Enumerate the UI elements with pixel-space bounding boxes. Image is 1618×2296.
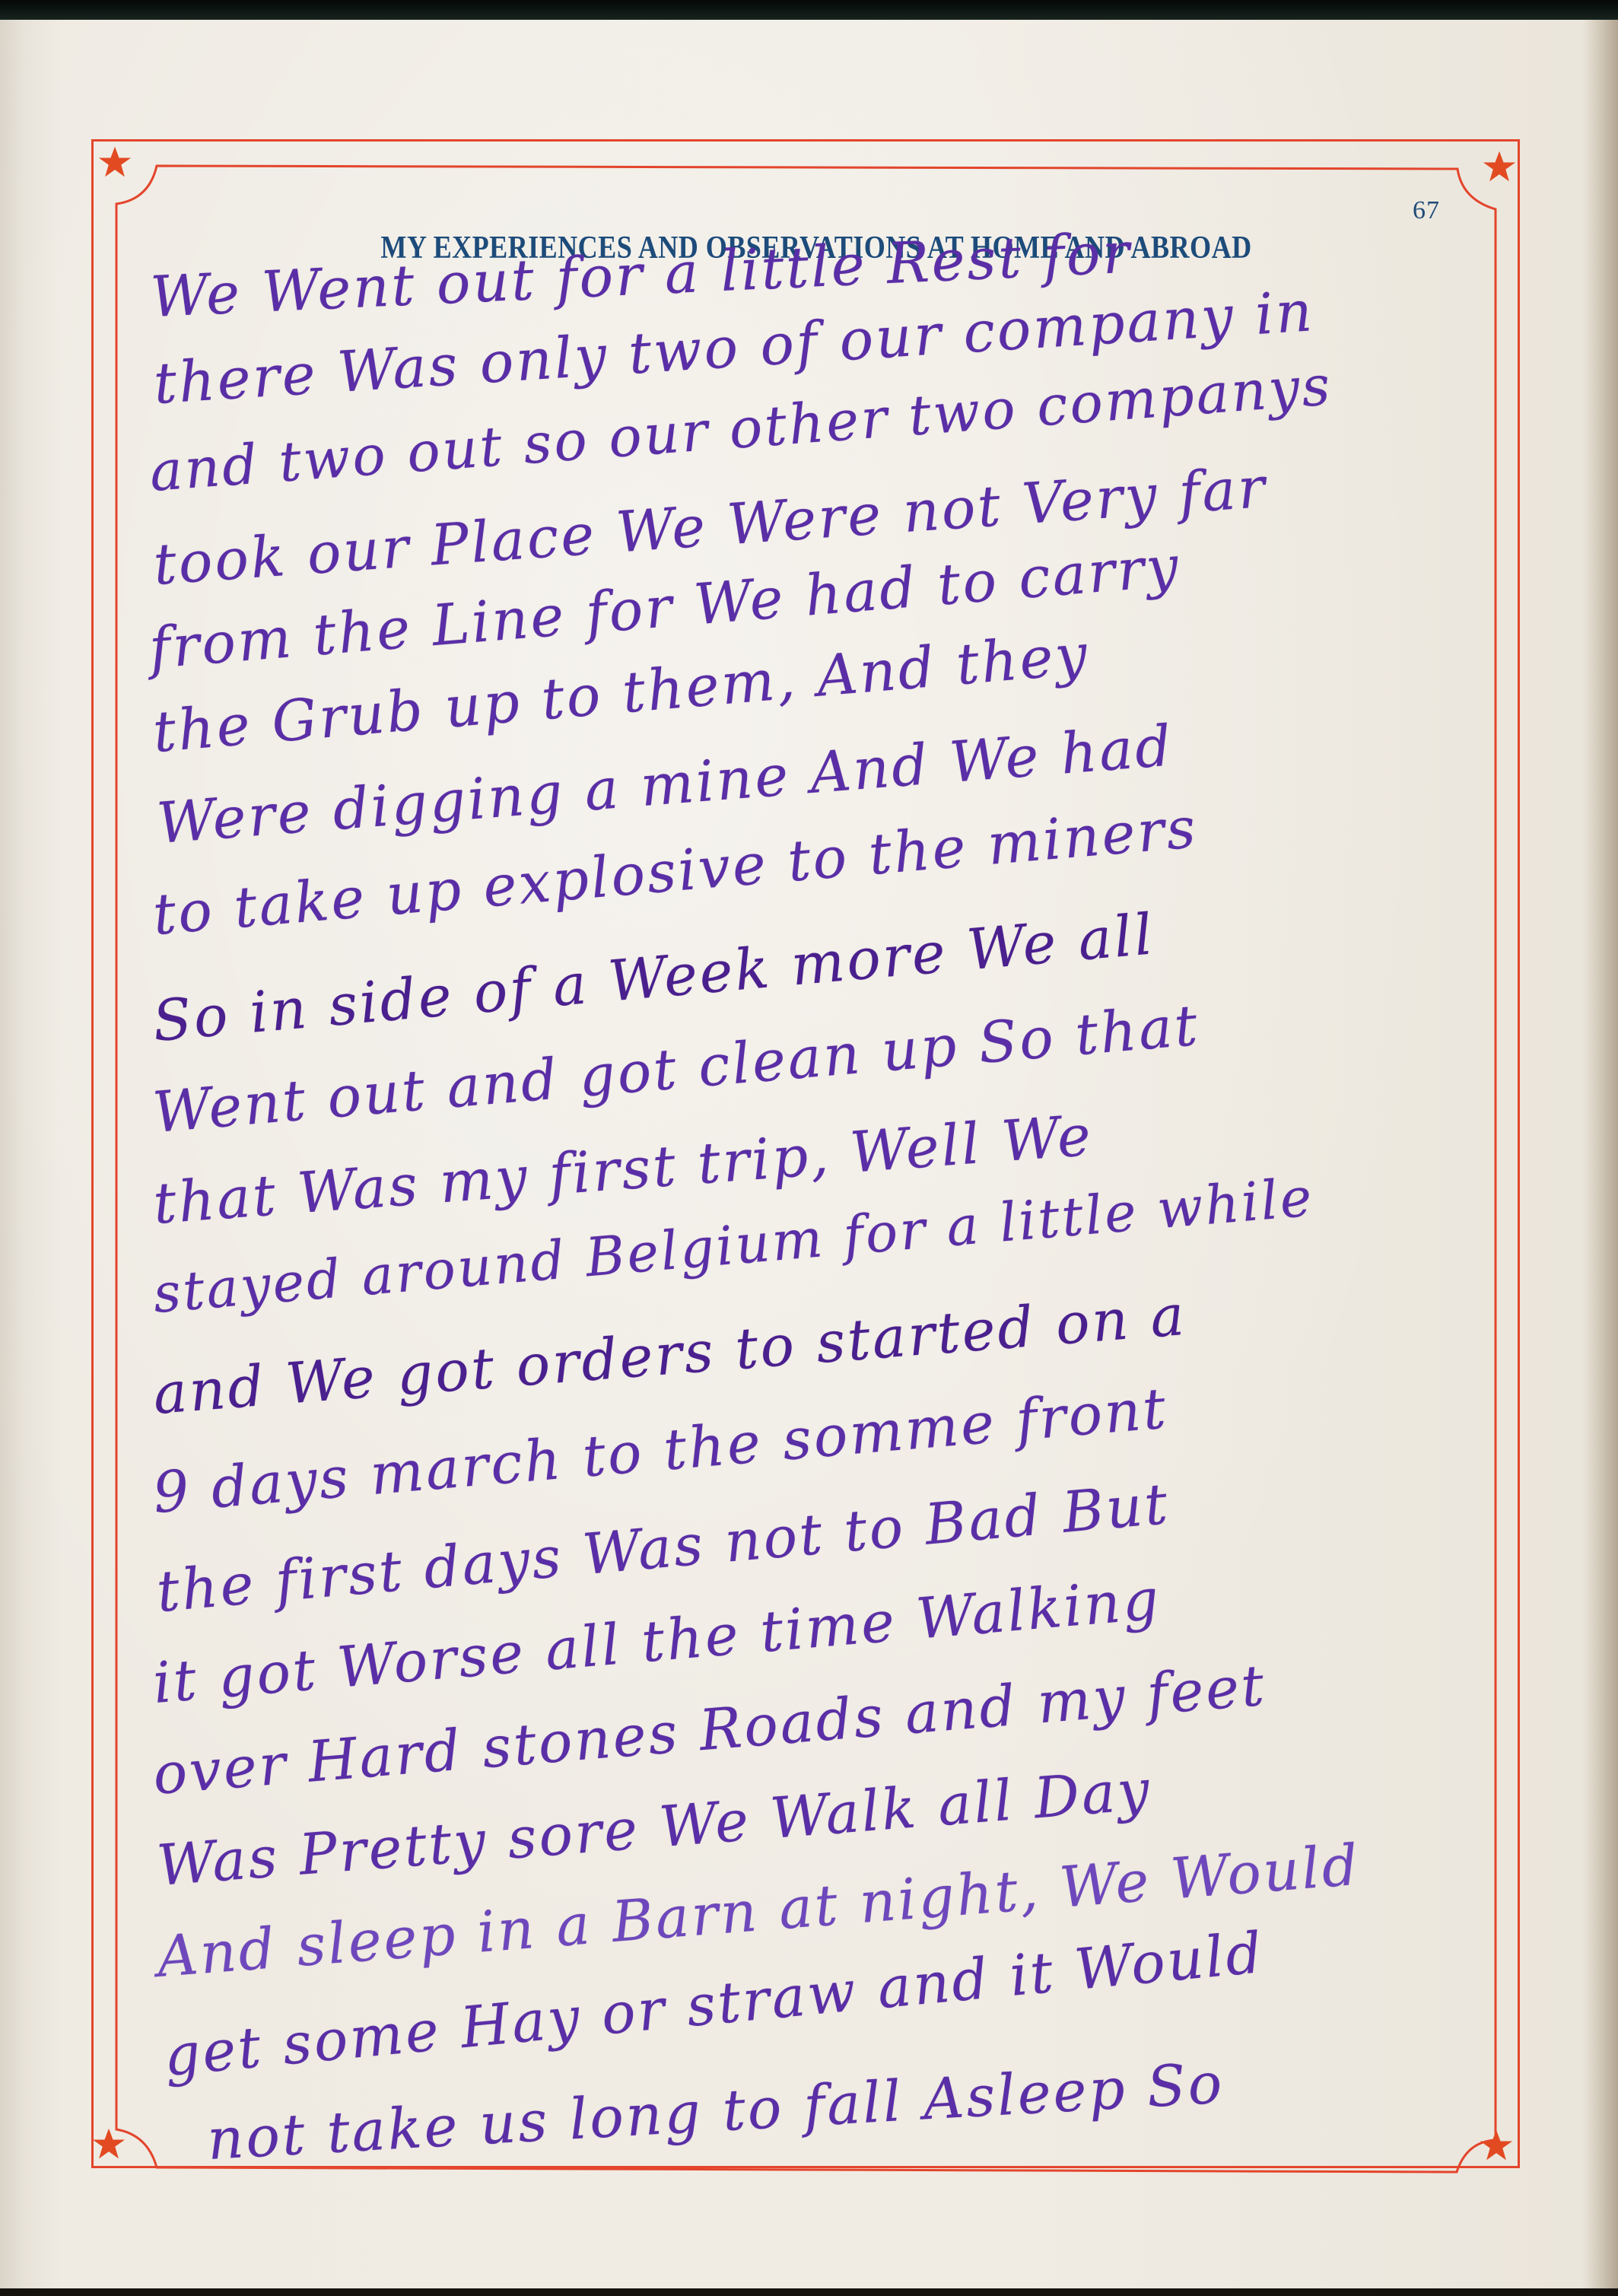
book-top-edge [0, 0, 1618, 21]
star-icon [91, 2126, 126, 2161]
page-bottom-edge [0, 2288, 1618, 2296]
star-icon [1479, 2128, 1514, 2163]
star-icon [97, 145, 132, 180]
star-icon [1482, 149, 1517, 184]
page-number: 67 [1413, 196, 1440, 225]
